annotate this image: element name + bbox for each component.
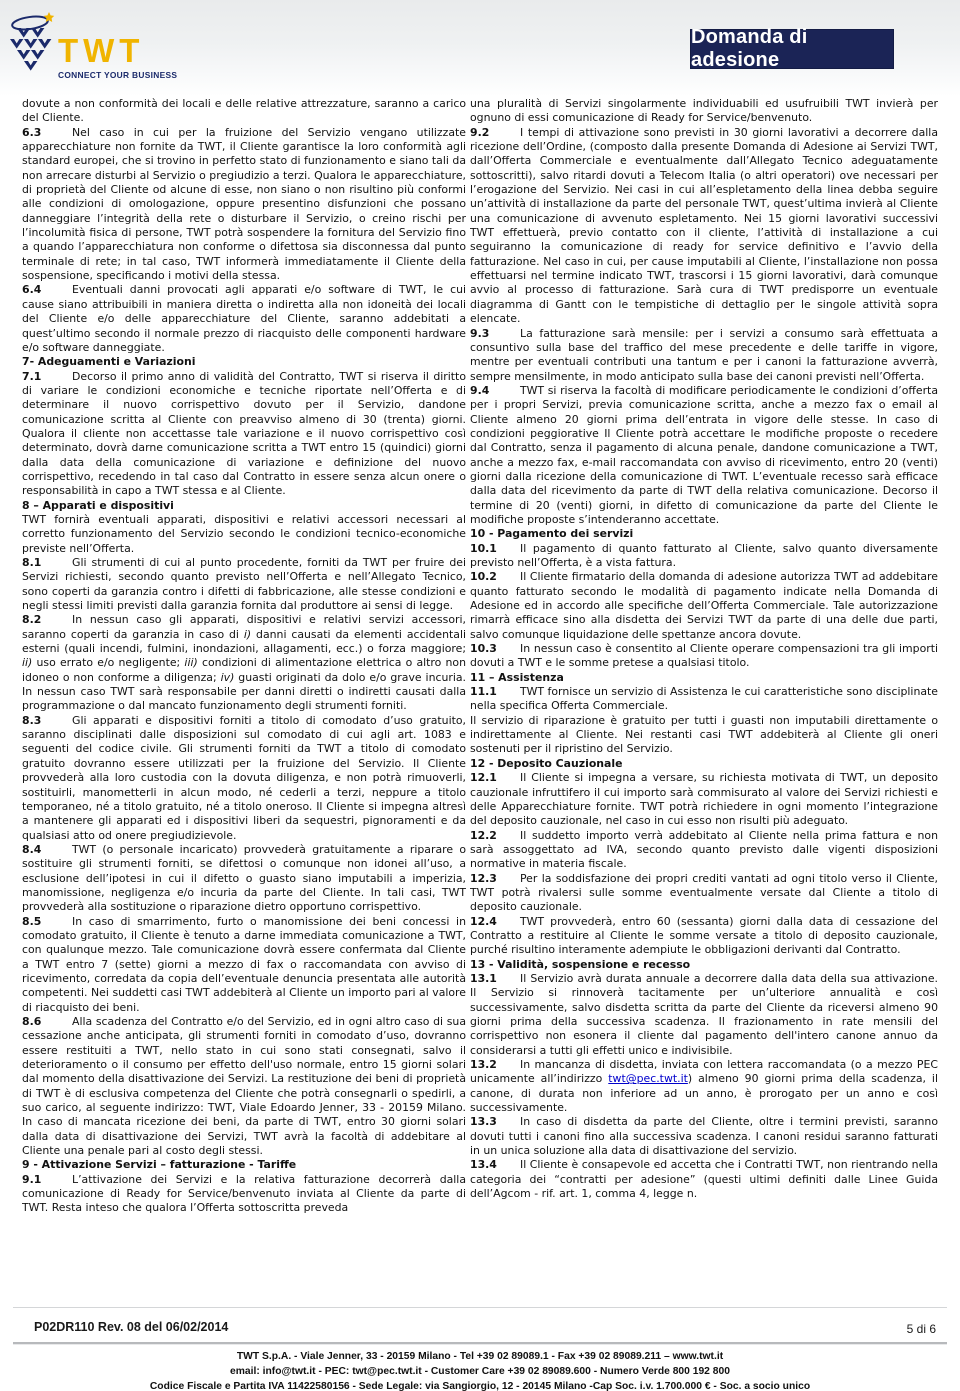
clause-number: 9.4 [470,384,520,398]
paragraph-text: TWT provvederà, entro 60 (sessanta) gior… [470,915,938,957]
terms-column-right: una pluralità di Servizi singolarmente i… [470,97,938,1307]
paragraph: 13.1Il Servizio avrà durata annuale a de… [470,972,938,1058]
paragraph-text: uso errato e/o negligente; [32,656,184,669]
logo-tagline-text: CONNECT YOUR BUSINESS [58,70,177,80]
document-reference: P02DR110 Rev. 08 del 06/02/2014 [34,1320,228,1334]
clause-number: 10.3 [470,642,520,656]
clause-number: 8.2 [22,613,72,627]
italic-list-marker: ii) [22,656,32,669]
paragraph: TWT fornirà eventuali apparati, disposit… [22,513,466,556]
clause-number: 12.2 [470,829,520,843]
paragraph-text: dovute a non conformità dei locali e del… [22,97,466,124]
section-heading: 8 – Apparati e dispositivi [22,499,466,513]
paragraph-text: In caso di disdetta da parte del Cliente… [470,1115,938,1157]
paragraph: 9.3La fatturazione sarà mensile: per i s… [470,327,938,384]
section-heading: 9 - Attivazione Servizi – fatturazione -… [22,1158,466,1172]
company-contact-line: email: info@twt.it - PEC: twt@pec.twt.it… [0,1364,960,1379]
paragraph-text: Gli strumenti di cui al punto procedente… [22,556,466,612]
star-icon [44,12,54,22]
paragraph: 8.6Alla scadenza del Contratto e/o del S… [22,1015,466,1158]
paragraph-text: Nel caso in cui per la fruizione del Ser… [22,126,466,282]
paragraph: una pluralità di Servizi singolarmente i… [470,97,938,126]
paragraph-text: In caso di smarrimento, furto o manomiss… [22,915,466,1014]
paragraph: 10.2Il Cliente firmatario della domanda … [470,570,938,642]
clause-number: 13.2 [470,1058,520,1072]
paragraph: Il servizio di riparazione è gratuito pe… [470,714,938,757]
twt-logo: TWT CONNECT YOUR BUSINESS [8,8,248,88]
company-info: TWT S.p.A. - Viale Jenner, 33 - 20159 Mi… [0,1349,960,1391]
clause-number: 6.4 [22,283,72,297]
paragraph-text: Il pagamento di quanto fatturato al Clie… [470,542,938,569]
paragraph-text: TWT (o personale incaricato) provvederà … [22,843,466,913]
section-heading: 11 – Assistenza [470,671,938,685]
clause-number: 11.1 [470,685,520,699]
clause-number: 8.6 [22,1015,72,1029]
document-page: { "header": { "banner": "Domanda di ades… [0,0,960,1391]
clause-number: 8.5 [22,915,72,929]
paragraph: 11.1TWT fornisce un servizio di Assisten… [470,685,938,714]
paragraph-text: Il Cliente si impegna a versare, su rich… [470,771,938,827]
chevron-lattice-icon [10,28,51,71]
paragraph: 13.4Il Cliente è consapevole ed accetta … [470,1158,938,1201]
paragraph-text: In nessun caso è consentito al Cliente o… [470,642,938,669]
logo-brand-text: TWT [58,32,144,69]
paragraph-text: La fatturazione sarà mensile: per i serv… [470,327,938,383]
paragraph: dovute a non conformità dei locali e del… [22,97,466,126]
paragraph-text: Gli apparati e dispositivi forniti a tit… [22,714,466,842]
paragraph: 7.1Decorso il primo anno di validità del… [22,370,466,499]
paragraph-text: I tempi di attivazione sono previsti in … [470,126,938,325]
paragraph: 13.3In caso di disdetta da parte del Cli… [470,1115,938,1158]
clause-number: 9.3 [470,327,520,341]
paragraph: 8.2In nessun caso gli apparati, disposit… [22,613,466,713]
page-header: TWT CONNECT YOUR BUSINESS Domanda di ade… [0,0,960,96]
paragraph: 8.3Gli apparati e dispositivi forniti a … [22,714,466,843]
italic-list-marker: iv) [221,671,235,684]
paragraph: 12.3Per la soddisfazione dei propri cred… [470,872,938,915]
clause-number: 13.3 [470,1115,520,1129]
paragraph-text: TWT si riserva la facoltà di modificare … [470,384,938,526]
clause-number: 8.1 [22,556,72,570]
paragraph: 10.3In nessun caso è consentito al Clien… [470,642,938,671]
paragraph: 9.4TWT si riserva la facoltà di modifica… [470,384,938,527]
paragraph-text: Il Cliente firmatario della domanda di a… [470,570,938,640]
paragraph-text: Il servizio di riparazione è gratuito pe… [470,714,938,756]
footer-divider [13,1342,947,1344]
clause-number: 9.2 [470,126,520,140]
clause-number: 8.4 [22,843,72,857]
paragraph-text: Alla scadenza del Contratto e/o del Serv… [22,1015,466,1157]
paragraph-text: Decorso il primo anno di validità del Co… [22,370,466,498]
paragraph: 10.1Il pagamento di quanto fatturato al … [470,542,938,571]
italic-list-marker: iii) [184,656,197,669]
terms-column-left: dovute a non conformità dei locali e del… [22,97,466,1307]
section-heading: 13 - Validità, sospensione e recesso [470,958,938,972]
paragraph-text: Il Servizio avrà durata annuale a decorr… [470,972,938,1057]
clause-number: 13.4 [470,1158,520,1172]
company-address-line: TWT S.p.A. - Viale Jenner, 33 - 20159 Mi… [0,1349,960,1364]
paragraph: 8.1Gli strumenti di cui al punto procede… [22,556,466,613]
paragraph: 9.2I tempi di attivazione sono previsti … [470,126,938,327]
company-legal-line: Codice Fiscale e Partita IVA 11422580156… [0,1379,960,1391]
paragraph-text: L’attivazione dei Servizi e la relativa … [22,1173,466,1215]
clause-number: 9.1 [22,1173,72,1187]
paragraph-text: Eventuali danni provocati agli apparati … [22,283,466,353]
paragraph-text: Per la soddisfazione dei propri crediti … [470,872,938,914]
paragraph-text: una pluralità di Servizi singolarmente i… [470,97,938,124]
paragraph-text: TWT fornirà eventuali apparati, disposit… [22,513,466,555]
paragraph: 12.1Il Cliente si impegna a versare, su … [470,771,938,828]
paragraph-text: TWT fornisce un servizio di Assistenza l… [470,685,938,712]
paragraph: 9.1L’attivazione dei Servizi e la relati… [22,1173,466,1216]
pec-email-link[interactable]: twt@pec.twt.it [608,1072,688,1085]
paragraph: 8.4TWT (o personale incaricato) provvede… [22,843,466,915]
section-heading: 10 - Pagamento dei servizi [470,527,938,541]
clause-number: 7.1 [22,370,72,384]
paragraph: 6.3Nel caso in cui per la fruizione del … [22,126,466,284]
section-heading: 7- Adeguamenti e Variazioni [22,355,466,369]
document-title-banner: Domanda di adesione [690,29,894,69]
section-heading: 12 - Deposito Cauzionale [470,757,938,771]
paragraph: 8.5In caso di smarrimento, furto o manom… [22,915,466,1015]
paragraph-text: Il Cliente è consapevole ed accetta che … [470,1158,938,1200]
clause-number: 6.3 [22,126,72,140]
clause-number: 12.4 [470,915,520,929]
paragraph: 13.2In mancanza di disdetta, inviata con… [470,1058,938,1115]
clause-number: 12.3 [470,872,520,886]
content-divider [13,1307,947,1308]
paragraph: 6.4Eventuali danni provocati agli appara… [22,283,466,355]
paragraph: 12.2Il suddetto importo verrà addebitato… [470,829,938,872]
clause-number: 13.1 [470,972,520,986]
page-number: 5 di 6 [907,1322,936,1336]
clause-number: 8.3 [22,714,72,728]
clause-number: 12.1 [470,771,520,785]
clause-number: 10.2 [470,570,520,584]
paragraph: 12.4TWT provvederà, entro 60 (sessanta) … [470,915,938,958]
clause-number: 10.1 [470,542,520,556]
paragraph-text: Il suddetto importo verrà addebitato al … [470,829,938,871]
